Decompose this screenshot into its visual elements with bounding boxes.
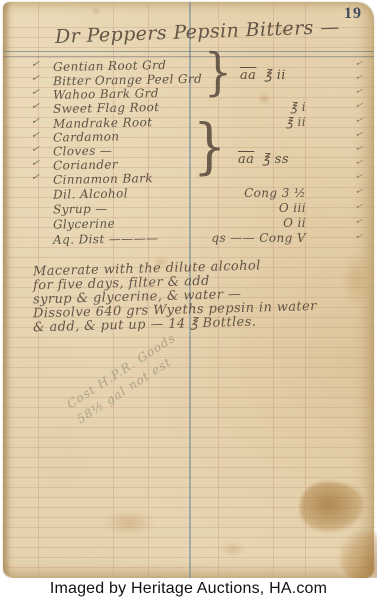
tally-mark: ✓ [354,216,363,227]
ledger-photo: 19 Dr Peppers Pepsin Bitters — ✓Gentian … [0,0,377,600]
ingredient-quantity: ℥ i [290,100,306,114]
ingredient-name: Sweet Flag Root [53,100,160,116]
page-number: 19 [344,5,362,23]
ingredient-name: Mandrake Root [53,115,153,131]
brace-quantity: aa℥ ss [238,152,289,167]
ingredient-name: Cardamon [53,129,120,144]
ingredient-row: ✓Bitter Orange Peel Grd [3,73,374,87]
caption-text: Imaged by Heritage Auctions, HA.com [50,580,327,598]
ingredient-name: Aq. Dist ———— [53,231,159,247]
check-mark: ✓ [30,171,40,183]
tally-mark: ✓ [354,72,363,83]
ingredient-row: ✓Mandrake Root℥ ii [3,116,374,130]
ingredient-name: Gentian Root Grd [53,58,167,74]
tally-mark: ✓ [354,171,363,182]
ingredient-row: ✓Gentian Root Grd [3,59,374,73]
header-rule [3,51,374,57]
stain [279,28,288,35]
tally-mark: ✓ [354,115,363,126]
check-mark: ✓ [30,143,40,155]
tally-mark: ✓ [354,129,363,140]
brace: } [204,48,232,99]
brace-quantity: aa℥ ii [240,68,286,83]
ingredient-name: Cloves — [53,143,113,158]
ingredient-quantity: O iii [279,201,306,215]
stain [153,257,169,267]
ingredient-name: Glycerine [53,216,115,231]
ingredient-quantity: Cong 3 ½ [244,186,306,200]
ingredient-name: Cinnamon Bark [53,171,153,187]
stain [93,8,100,14]
ingredient-name: Dil. Alcohol [53,186,128,201]
ingredient-row: ✓Sweet Flag Root℥ i [3,101,374,115]
stain [341,252,371,308]
ingredient-row: ✓Wahoo Bark Grd [3,87,374,101]
tally-mark: ✓ [354,100,363,111]
tally-mark: ✓ [354,143,363,154]
check-mark: ✓ [30,115,40,127]
brace: } [193,117,226,177]
check-mark: ✓ [30,157,40,169]
ingredient-row: ✓Cinnamon Bark [3,172,374,186]
ingredient-row: ✓Cardamon [3,130,374,144]
ounce-quantity: ℥ ii [264,68,286,83]
check-mark: ✓ [30,58,40,70]
tally-mark: ✓ [354,157,363,168]
ingredient-row: Aq. Dist ————qs —— Cong V [3,232,374,246]
caption-bar: Imaged by Heritage Auctions, HA.com [0,578,377,600]
ingredient-quantity: O ii [283,216,306,230]
tally-mark: ✓ [354,231,363,242]
ingredient-row: ✓Cloves — [3,144,374,158]
ingredient-quantity: qs —— Cong V [211,231,306,245]
ingredient-row: ✓Coriander [3,158,374,172]
ounce-quantity: ℥ ss [262,152,289,167]
stain [103,510,155,536]
ledger-page: 19 Dr Peppers Pepsin Bitters — ✓Gentian … [3,2,374,578]
ingredient-name: Syrup — [53,202,108,217]
ingredient-row: Dil. AlcoholCong 3 ½ [3,187,374,201]
stain [221,542,245,556]
check-mark: ✓ [30,86,40,98]
ingredient-quantity: ℥ ii [286,115,306,129]
check-mark: ✓ [30,100,40,112]
tally-mark: ✓ [354,86,363,97]
stain [258,94,270,103]
check-mark: ✓ [30,72,40,84]
ingredient-name: Coriander [53,157,118,172]
ana-symbol: aa [238,152,254,167]
ingredient-row: GlycerineO ii [3,217,374,231]
ana-symbol: aa [240,68,256,83]
ingredient-row: Syrup —O iii [3,202,374,216]
tally-mark: ✓ [354,186,363,197]
tally-mark: ✓ [354,201,363,212]
check-mark: ✓ [30,129,40,141]
tally-mark: ✓ [354,58,363,69]
